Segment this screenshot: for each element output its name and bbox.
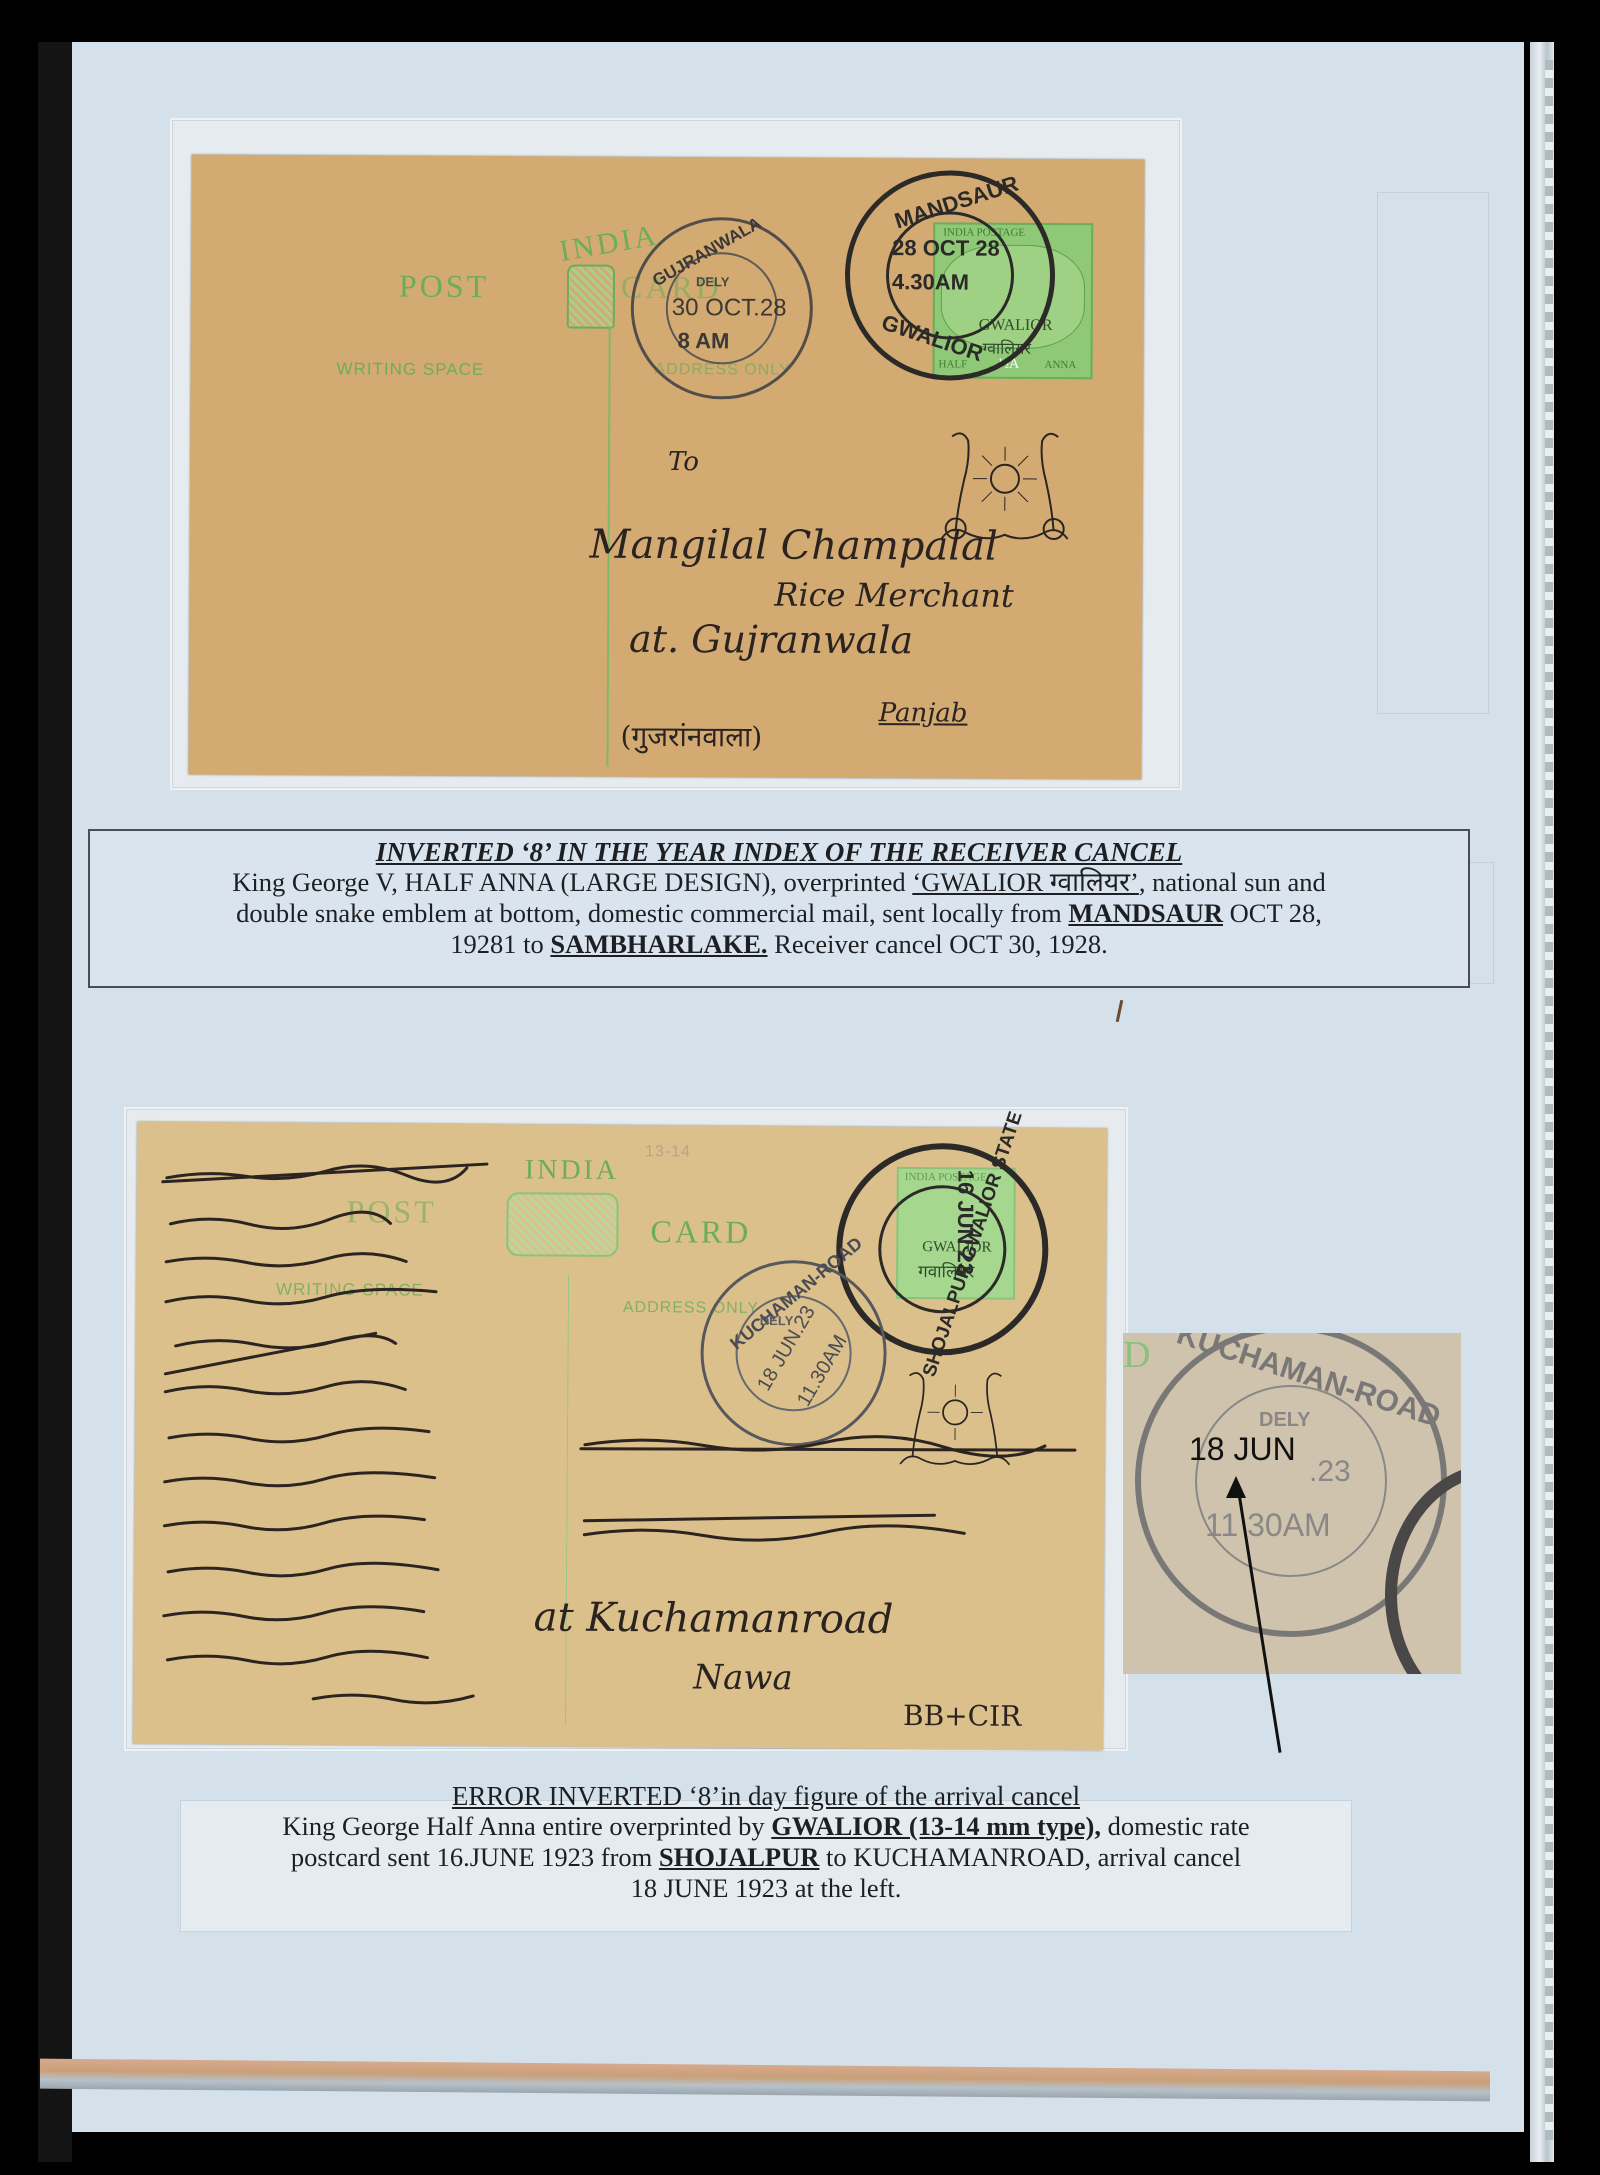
cancel-detail-enlargement: KUCHAMAN-ROAD DELY .23 11 30AM 18 JUN D	[1123, 1333, 1461, 1674]
devanagari-handwritten-message	[153, 1142, 557, 1725]
caption-text: 18 JUNE 1923 at the left.	[181, 1873, 1351, 1904]
address-line: Mangilal Champalal	[589, 522, 997, 570]
cancel-date-inverted-8: 30 OCT.28	[672, 294, 787, 323]
caption-overprint-type: GWALIOR (13-14 mm type),	[771, 1811, 1101, 1841]
pencil-note: 13-14	[645, 1143, 691, 1161]
address-line: Panjab	[879, 698, 968, 728]
caption-box-1: INVERTED ‘8’ IN THE YEAR INDEX OF THE RE…	[88, 829, 1470, 988]
postcard-1[interactable]: INDIA POST CARD WRITING SPACE ADDRESS ON…	[188, 155, 1144, 780]
cancel-time: 8 AM	[678, 328, 730, 354]
address-line-devanagari: (गुजरांनवाला)	[620, 717, 762, 756]
sleeve-perforation	[1545, 60, 1553, 2140]
cancel-date: 28 OCT 28	[892, 235, 1000, 262]
origin-cancel-mandsaur: MANDSAUR 28 OCT 28 4.30AM GWALIOR	[844, 170, 1055, 381]
postcard-2[interactable]: INDIA POST CARD WRITING SPACE ADDRESS ON…	[133, 1122, 1107, 1751]
caption-origin-town: MANDSAUR	[1068, 898, 1223, 928]
card-card-label: CARD	[650, 1213, 751, 1251]
caption-text: postcard sent 16.JUNE 1923 from	[291, 1842, 659, 1872]
devanagari-handwritten-address	[574, 1425, 1095, 1569]
caption-text: double snake emblem at bottom, domestic …	[236, 898, 1068, 928]
album-binder-edge	[38, 42, 72, 2162]
caption-text: King George Half Anna entire overprinted…	[282, 1811, 771, 1841]
caption-origin-town: SHOJALPUR	[659, 1842, 820, 1872]
caption-box-2: ERROR INVERTED ‘8’in day figure of the a…	[180, 1800, 1352, 1932]
caption-text: Receiver cancel OCT 30, 1928.	[768, 929, 1108, 959]
address-line: at. Gujranwala	[629, 617, 913, 662]
receiver-cancel-gujranwala: GUJRANWALA DELY 30 OCT.28 8 AM	[630, 217, 813, 400]
caption-text: domestic rate	[1101, 1811, 1250, 1841]
card-divider-line	[565, 1275, 569, 1725]
faint-underlying-page-outline	[1377, 192, 1489, 714]
cancel-time: 11 30AM	[1205, 1507, 1331, 1544]
caption-title: ERROR INVERTED ‘8’in day figure of the a…	[181, 1781, 1351, 1811]
caption-text: to KUCHAMANROAD, arrival cancel	[819, 1842, 1241, 1872]
cancel-delivery: DELY	[696, 274, 730, 289]
cancel-year: .23	[1309, 1455, 1351, 1489]
address-line: BB+CIR	[903, 1699, 1021, 1733]
cancel-delivery: DELY	[1259, 1409, 1311, 1432]
royal-arms-icon	[567, 264, 615, 328]
stamp-value-right: ANNA	[1045, 359, 1077, 371]
cancel-time: 4.30AM	[892, 269, 969, 295]
address-line: at Kuchamanroad	[534, 1594, 894, 1643]
address-line: To	[668, 447, 699, 477]
card-post-label: POST	[399, 268, 489, 305]
cancel-date: 16 JUN 23	[952, 1170, 979, 1275]
caption-text: 19281 to	[450, 929, 550, 959]
caption-text: King George V, HALF ANNA (LARGE DESIGN),…	[232, 867, 912, 897]
caption-text-underlined: ‘GWALIOR ग्वालियर’	[912, 867, 1139, 897]
address-line: Nawa	[693, 1658, 793, 1699]
writing-space-label: WRITING SPACE	[336, 359, 484, 380]
caption-destination-town: SAMBHARLAKE.	[550, 929, 767, 959]
address-line: Rice Merchant	[774, 576, 1014, 615]
caption-text: OCT 28,	[1223, 898, 1322, 928]
caption-text: , national sun and	[1139, 867, 1326, 897]
highlighted-date-inverted-8: 18 JUN	[1189, 1431, 1296, 1468]
arrival-cancel-kuchaman-road: KUCHAMAN-ROAD DELY 18 JUN.23 11.30AM	[700, 1260, 887, 1447]
caption-title: INVERTED ‘8’ IN THE YEAR INDEX OF THE RE…	[90, 837, 1468, 867]
